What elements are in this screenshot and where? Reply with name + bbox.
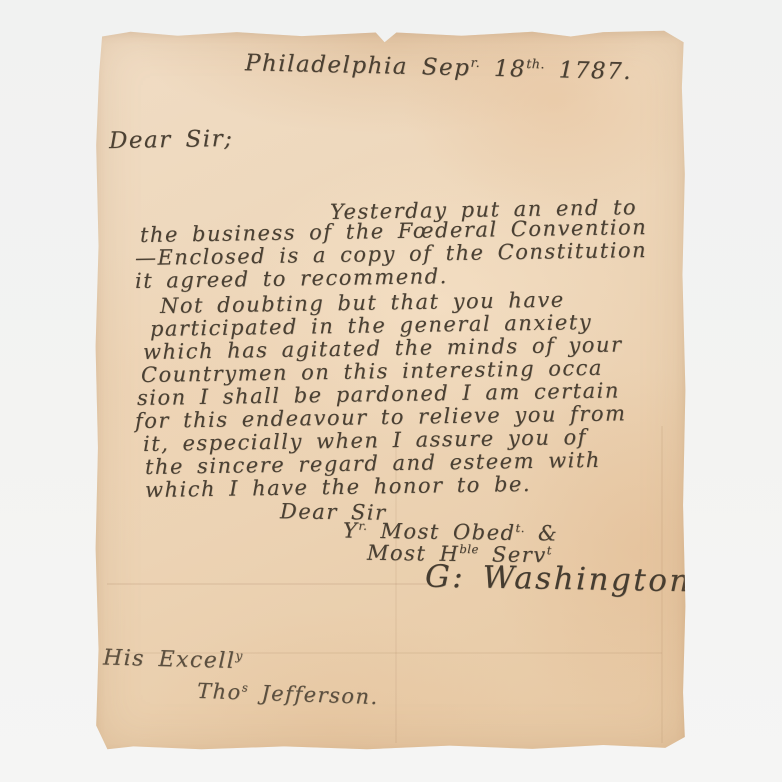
addressee-text: Jefferson. [248,681,379,710]
addressee-superscript: y [235,649,243,663]
closing-superscript: t. [516,521,526,535]
body-line: it agreed to recommend. [135,266,448,292]
dateline: Philadelphia Sepr. 18th. 1787. [245,52,633,84]
letter-paper: Philadelphia Sepr. 18th. 1787. Dear Sir;… [95,30,686,750]
salutation: Dear Sir; [109,128,234,153]
closing-superscript: ble [459,542,479,556]
closing-text: Y [343,518,359,542]
dateline-year: 1787. [545,57,633,85]
body-line: which I have the honor to be. [145,474,531,501]
closing-text: & [525,521,559,545]
addressee-text: Tho [197,679,242,705]
addressee-name: Thos Jefferson. [197,681,379,708]
washington-signature: G: Washington [425,562,692,598]
dateline-day: 18 [480,56,527,83]
addressee-text: His Excell [103,646,236,674]
dateline-place: Philadelphia Sep [245,50,471,81]
dateline-superscript: r. [470,55,480,70]
dateline-superscript: th. [526,56,545,71]
letter-photograph: Philadelphia Sepr. 18th. 1787. Dear Sir;… [0,0,782,782]
addressee-title: His Excelly [103,646,243,673]
closing-superscript: t [547,543,552,557]
horizontal-fold-crease [107,583,432,585]
